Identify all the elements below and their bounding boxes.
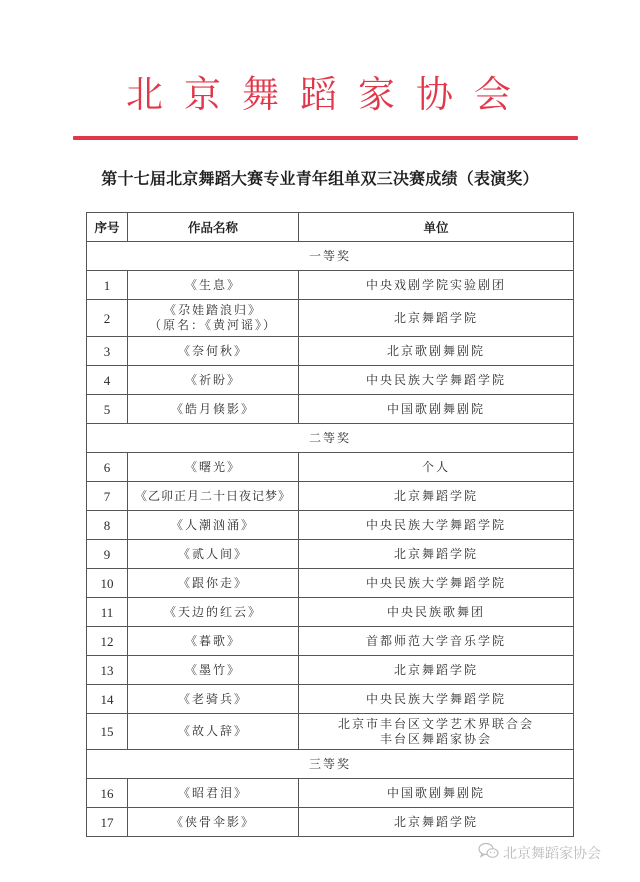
table-row: 8 《人潮汹涌》 中央民族大学舞蹈学院 xyxy=(87,511,574,540)
table-row: 2 《尕娃踏浪归》 （原名：《黄河谣》） 北京舞蹈学院 xyxy=(87,300,574,337)
unit-name: 中央民族大学舞蹈学院 xyxy=(299,511,574,540)
table-row: 7 《乙卯正月二十日夜记梦》 北京舞蹈学院 xyxy=(87,482,574,511)
wechat-icon xyxy=(478,842,500,864)
table-row: 6 《曙光》 个人 xyxy=(87,453,574,482)
work-name: 《乙卯正月二十日夜记梦》 xyxy=(128,482,299,511)
work-name: 《暮歌》 xyxy=(128,627,299,656)
wechat-account-watermark: 北京舞蹈家协会 xyxy=(478,842,601,864)
row-number: 9 xyxy=(87,540,128,569)
unit-name: 北京舞蹈学院 xyxy=(299,808,574,837)
table-row: 3 《奈何秋》 北京歌剧舞剧院 xyxy=(87,337,574,366)
work-name-original-title: （原名：《黄河谣》） xyxy=(130,318,296,333)
table-row: 5 《皓月倏影》 中国歌剧舞剧院 xyxy=(87,395,574,424)
unit-name: 中央戏剧学院实验剧团 xyxy=(299,271,574,300)
document-title: 第十七届北京舞蹈大赛专业青年组单双三决赛成绩（表演奖） xyxy=(0,166,640,189)
unit-name: 中国歌剧舞剧院 xyxy=(299,395,574,424)
work-name-line: 《尕娃踏浪归》 xyxy=(130,303,296,318)
unit-name: 中央民族大学舞蹈学院 xyxy=(299,685,574,714)
award-section-row: 三等奖 xyxy=(87,750,574,779)
unit-name: 北京舞蹈学院 xyxy=(299,300,574,337)
unit-name: 北京舞蹈学院 xyxy=(299,656,574,685)
award-section-row: 一等奖 xyxy=(87,242,574,271)
unit-name: 北京市丰台区文学艺术界联合会 丰台区舞蹈家协会 xyxy=(299,714,574,750)
unit-name: 中央民族大学舞蹈学院 xyxy=(299,569,574,598)
work-name: 《生息》 xyxy=(128,271,299,300)
organization-letterhead-title: 北京舞蹈家协会 xyxy=(0,70,640,120)
table-row: 17 《侠骨伞影》 北京舞蹈学院 xyxy=(87,808,574,837)
row-number: 1 xyxy=(87,271,128,300)
row-number: 11 xyxy=(87,598,128,627)
unit-name: 北京歌剧舞剧院 xyxy=(299,337,574,366)
unit-name: 中央民族大学舞蹈学院 xyxy=(299,366,574,395)
table-row: 15 《故人辞》 北京市丰台区文学艺术界联合会 丰台区舞蹈家协会 xyxy=(87,714,574,750)
table-row: 13 《墨竹》 北京舞蹈学院 xyxy=(87,656,574,685)
work-name: 《老骑兵》 xyxy=(128,685,299,714)
table-row: 12 《暮歌》 首都师范大学音乐学院 xyxy=(87,627,574,656)
row-number: 14 xyxy=(87,685,128,714)
row-number: 5 xyxy=(87,395,128,424)
table-row: 9 《贰人间》 北京舞蹈学院 xyxy=(87,540,574,569)
work-name: 《墨竹》 xyxy=(128,656,299,685)
work-name: 《皓月倏影》 xyxy=(128,395,299,424)
work-name: 《贰人间》 xyxy=(128,540,299,569)
award-label: 二等奖 xyxy=(87,424,574,453)
unit-name: 个人 xyxy=(299,453,574,482)
work-name: 《祈盼》 xyxy=(128,366,299,395)
row-number: 7 xyxy=(87,482,128,511)
table-row: 14 《老骑兵》 中央民族大学舞蹈学院 xyxy=(87,685,574,714)
table-row: 11 《天边的红云》 中央民族歌舞团 xyxy=(87,598,574,627)
table-row: 4 《祈盼》 中央民族大学舞蹈学院 xyxy=(87,366,574,395)
award-label: 三等奖 xyxy=(87,750,574,779)
row-number: 12 xyxy=(87,627,128,656)
work-name: 《尕娃踏浪归》 （原名：《黄河谣》） xyxy=(128,300,299,337)
table-row: 16 《昭君泪》 中国歌剧舞剧院 xyxy=(87,779,574,808)
unit-name: 首都师范大学音乐学院 xyxy=(299,627,574,656)
column-header-unit: 单位 xyxy=(299,213,574,242)
unit-name: 北京舞蹈学院 xyxy=(299,482,574,511)
unit-name-line: 丰台区舞蹈家协会 xyxy=(301,732,571,747)
table-row: 10 《跟你走》 中央民族大学舞蹈学院 xyxy=(87,569,574,598)
table-row: 1 《生息》 中央戏剧学院实验剧团 xyxy=(87,271,574,300)
row-number: 6 xyxy=(87,453,128,482)
work-name: 《曙光》 xyxy=(128,453,299,482)
work-name: 《人潮汹涌》 xyxy=(128,511,299,540)
letterhead-red-divider xyxy=(73,136,578,140)
watermark-text: 北京舞蹈家协会 xyxy=(503,843,601,863)
award-section-row: 二等奖 xyxy=(87,424,574,453)
row-number: 13 xyxy=(87,656,128,685)
results-table: 序号 作品名称 单位 一等奖 1 《生息》 中央戏剧学院实验剧团 2 《尕娃踏浪… xyxy=(86,212,574,837)
unit-name-line: 北京市丰台区文学艺术界联合会 xyxy=(301,717,571,732)
row-number: 2 xyxy=(87,300,128,337)
row-number: 15 xyxy=(87,714,128,750)
unit-name: 中央民族歌舞团 xyxy=(299,598,574,627)
unit-name: 北京舞蹈学院 xyxy=(299,540,574,569)
work-name: 《天边的红云》 xyxy=(128,598,299,627)
work-name: 《故人辞》 xyxy=(128,714,299,750)
row-number: 4 xyxy=(87,366,128,395)
table-header-row: 序号 作品名称 单位 xyxy=(87,213,574,242)
row-number: 8 xyxy=(87,511,128,540)
column-header-work-name: 作品名称 xyxy=(128,213,299,242)
work-name: 《昭君泪》 xyxy=(128,779,299,808)
work-name: 《跟你走》 xyxy=(128,569,299,598)
row-number: 16 xyxy=(87,779,128,808)
column-header-number: 序号 xyxy=(87,213,128,242)
unit-name: 中国歌剧舞剧院 xyxy=(299,779,574,808)
row-number: 17 xyxy=(87,808,128,837)
work-name: 《奈何秋》 xyxy=(128,337,299,366)
work-name: 《侠骨伞影》 xyxy=(128,808,299,837)
row-number: 3 xyxy=(87,337,128,366)
award-label: 一等奖 xyxy=(87,242,574,271)
row-number: 10 xyxy=(87,569,128,598)
